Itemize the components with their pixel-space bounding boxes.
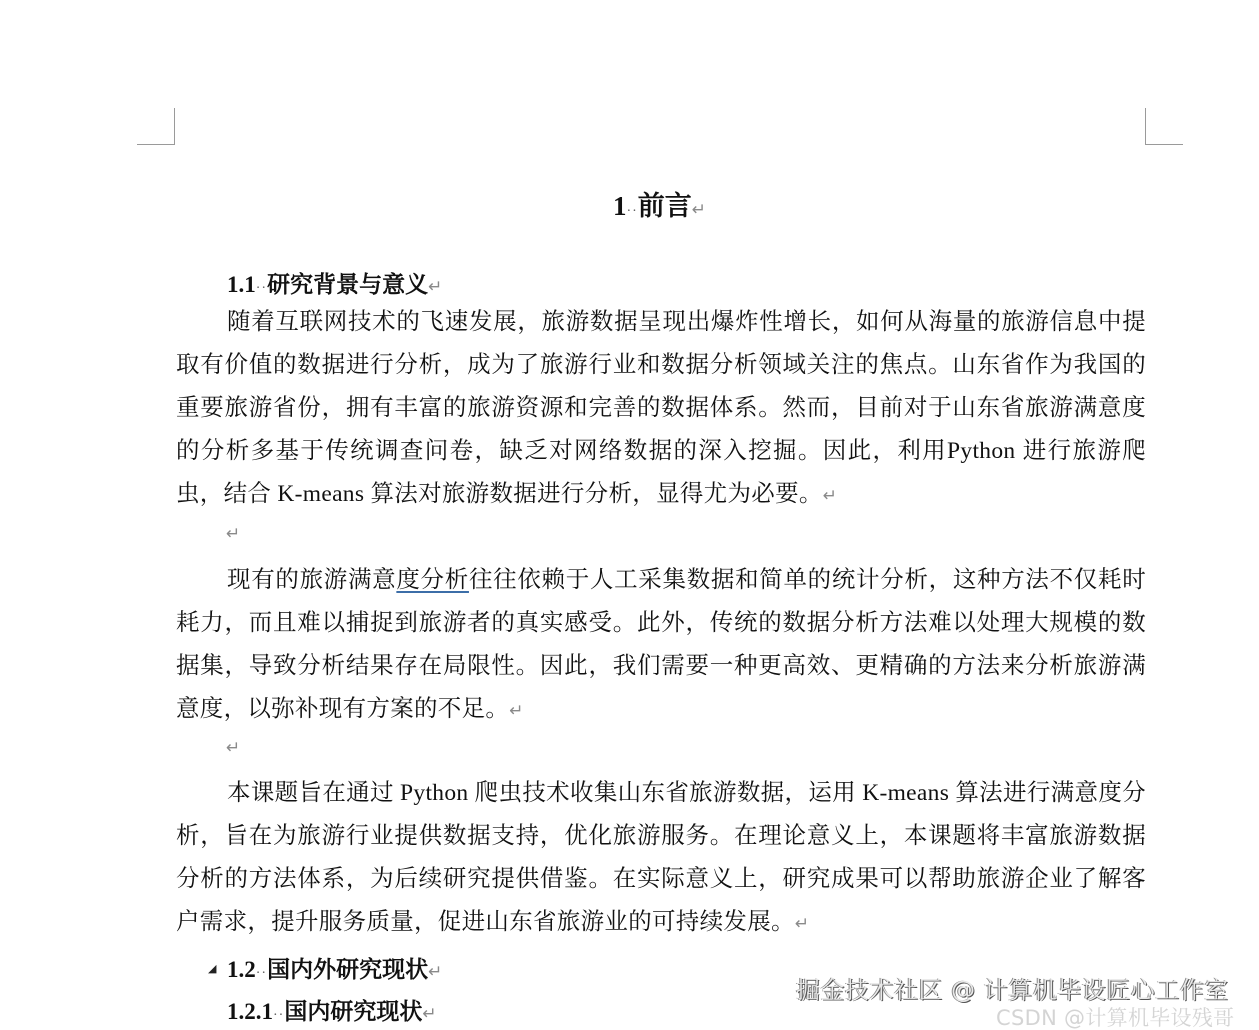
tab-dots: ·· <box>256 966 267 981</box>
paragraph-mark-icon: ↵ <box>692 200 706 220</box>
empty-paragraph-mark-icon: ↵ <box>226 738 240 758</box>
crop-mark-top-left <box>174 108 175 145</box>
section-number: 1.2.1 <box>227 999 273 1024</box>
heading-title: 前言 <box>638 191 692 221</box>
watermark-primary: 掘金技术社区 @ 计算机毕设匠心工作室 <box>796 970 1229 1005</box>
paragraph-mark-icon: ↵ <box>509 701 524 721</box>
empty-paragraph-mark-icon: ↵ <box>226 524 240 544</box>
crop-mark-top-right-horizontal <box>1145 144 1183 145</box>
watermark-secondary: CSDN @计算机毕设残哥 <box>996 1002 1234 1030</box>
section-number: 1.2 <box>227 957 256 982</box>
paragraph-mark-icon: ↵ <box>428 277 442 297</box>
grammar-underline-text[interactable]: 度分析 <box>396 567 469 593</box>
paragraph-text: 现有的旅游满意 <box>227 567 396 593</box>
paragraph-mark-icon: ↵ <box>823 486 838 506</box>
heading-1[interactable]: 1··前言↵ <box>0 184 1259 223</box>
paragraph-mark-icon: ↵ <box>422 1004 436 1024</box>
crop-mark-top-left-horizontal <box>137 144 175 145</box>
tab-dots: ·· <box>626 204 637 219</box>
collapse-heading-icon[interactable]: ◢ <box>208 962 216 975</box>
section-title: 国内外研究现状 <box>267 957 428 982</box>
paragraph-background[interactable]: 随着互联网技术的飞速发展，旅游数据呈现出爆炸性增长，如何从海量的旅游信息中提取有… <box>176 301 1146 518</box>
heading-number: 1 <box>613 191 627 221</box>
heading-1-1[interactable]: 1.1··研究背景与意义↵ <box>227 266 442 299</box>
paragraph-mark-icon: ↵ <box>795 914 810 934</box>
section-title: 研究背景与意义 <box>267 272 428 297</box>
paragraph-text: 随着互联网技术的飞速发展，旅游数据呈现出爆炸性增长，如何从海量的旅游信息中提取有… <box>176 309 1146 507</box>
paragraph-text: 本课题旨在通过 Python 爬虫技术收集山东省旅游数据，运用 K-means … <box>176 780 1146 935</box>
section-title: 国内研究现状 <box>284 999 422 1024</box>
tab-dots: ·· <box>273 1008 284 1023</box>
heading-1-2[interactable]: 1.2··国内外研究现状↵ <box>227 951 442 984</box>
paragraph-objective[interactable]: 本课题旨在通过 Python 爬虫技术收集山东省旅游数据，运用 K-means … <box>176 772 1146 946</box>
crop-mark-top-right <box>1145 108 1146 145</box>
heading-1-2-1[interactable]: 1.2.1··国内研究现状↵ <box>227 993 437 1026</box>
tab-dots: ·· <box>256 281 267 296</box>
paragraph-limitations[interactable]: 现有的旅游满意度分析往往依赖于人工采集数据和简单的统计分析，这种方法不仅耗时耗力… <box>176 559 1146 733</box>
paragraph-mark-icon: ↵ <box>428 962 442 982</box>
section-number: 1.1 <box>227 272 256 297</box>
